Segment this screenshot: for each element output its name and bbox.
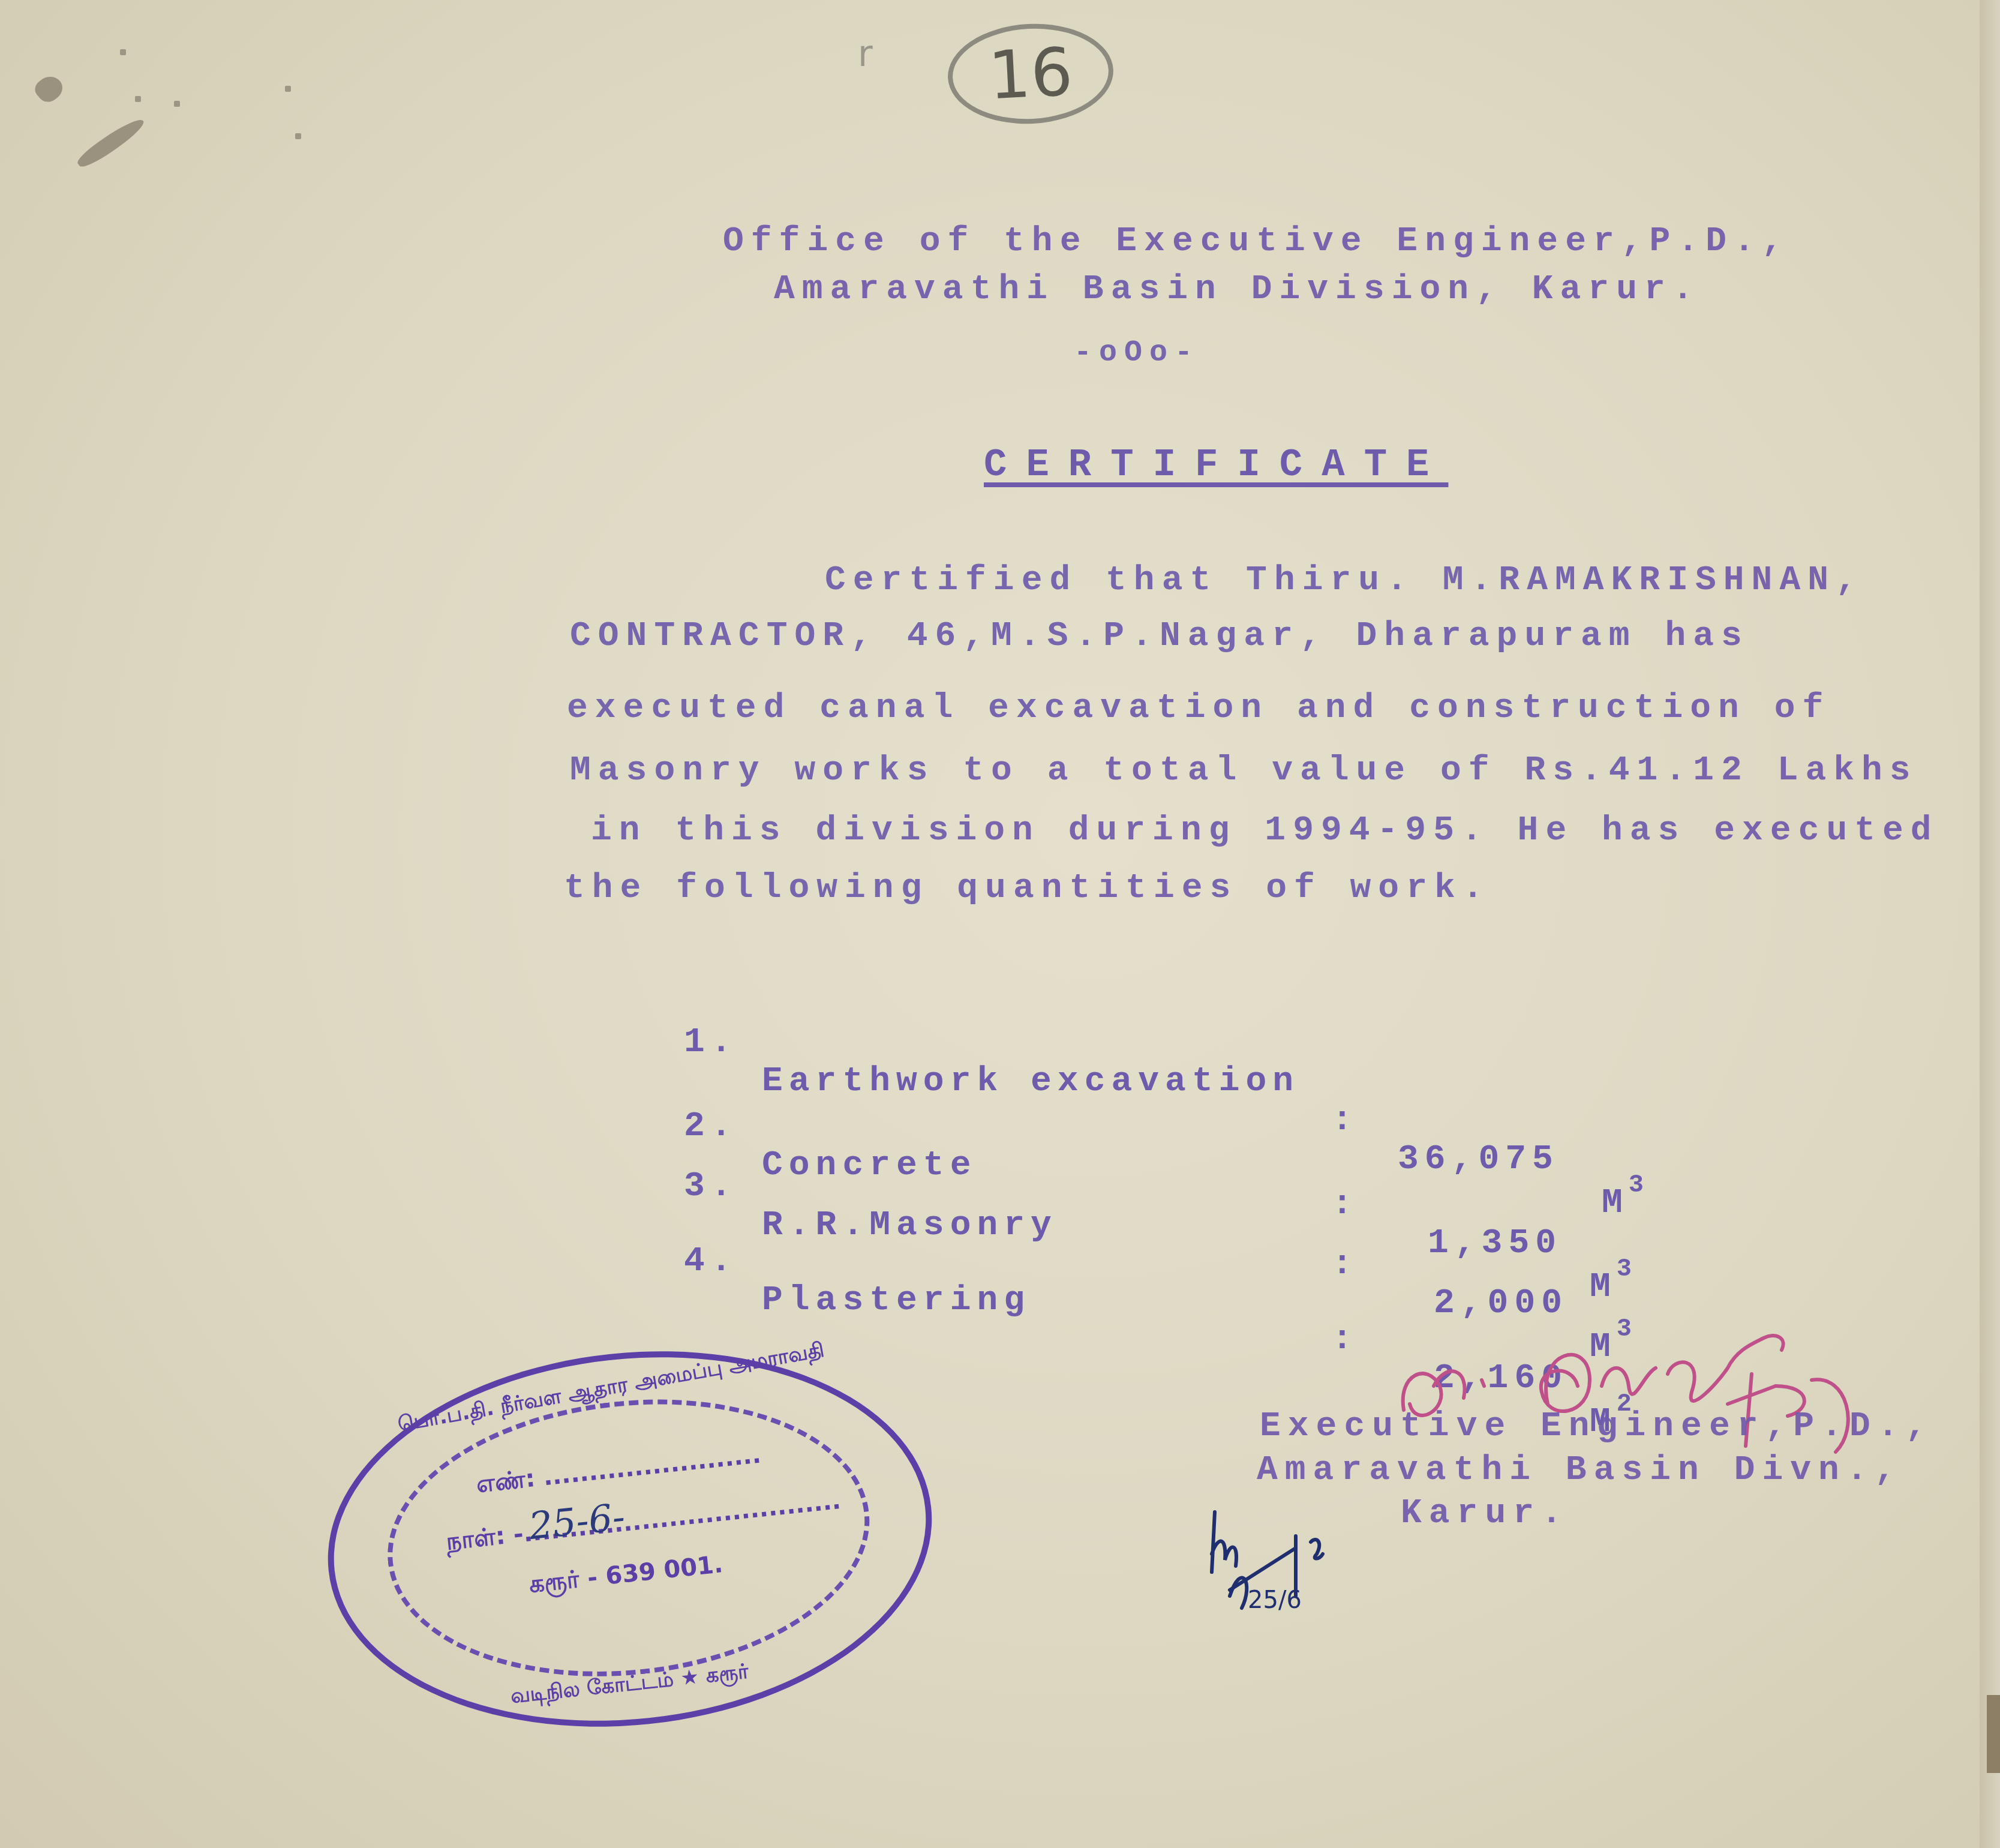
item-colon: : <box>1332 1185 1359 1224</box>
item-unit: M3 <box>1590 1263 1638 1307</box>
item-unit: M3 <box>1602 1179 1650 1223</box>
svg-text:25/6: 25/6 <box>1248 1586 1302 1614</box>
item-value: 36,075 <box>1398 1140 1559 1179</box>
signatory-city: Karur. <box>1401 1494 1569 1533</box>
item-colon: : <box>1332 1320 1359 1359</box>
ink-smudge <box>74 114 147 172</box>
item-label: Concrete <box>762 1146 977 1185</box>
item-label: R.R.Masonry <box>762 1206 1058 1245</box>
item-value: 1,350 <box>1428 1224 1562 1263</box>
body-line-3: executed canal excavation and constructi… <box>567 689 1830 728</box>
item-number: 4. <box>684 1242 738 1281</box>
initials-with-date: 25/6 <box>1206 1500 1350 1620</box>
binder-tab <box>1987 1695 2000 1773</box>
office-seal-stamp: பொ.ப.தி. நீர்வள ஆதார அமைப்பு அமராவதி வடி… <box>309 1322 950 1756</box>
body-line-2: CONTRACTOR, 46,M.S.P.Nagar, Dharapuram h… <box>570 617 1749 656</box>
item-number: 3. <box>684 1167 738 1206</box>
header-separator: -oOo- <box>1074 336 1200 370</box>
body-line-1: Certified that Thiru. M.RAMAKRISHNAN, <box>825 561 1864 600</box>
item-label: Plastering <box>762 1281 1031 1320</box>
speck <box>295 133 301 139</box>
ink-smudge <box>31 71 67 107</box>
header-division-line: Amaravathi Basin Division, Karur. <box>774 270 1701 309</box>
speck <box>120 49 126 55</box>
item-colon: : <box>1332 1245 1359 1284</box>
speck <box>135 96 141 102</box>
signatory-title: Executive Engineer,P.D., <box>1260 1407 1933 1446</box>
speck <box>174 101 180 107</box>
page-edge <box>1980 0 2000 1848</box>
item-label: Earthwork excavation <box>762 1062 1299 1101</box>
speck <box>285 86 291 92</box>
pencil-tick-mark: r <box>858 33 873 75</box>
certificate-title: CERTIFICATE <box>984 444 1448 487</box>
item-number: 1. <box>684 1023 738 1062</box>
body-line-5: in this division during 1994-95. He has … <box>591 811 1939 850</box>
page-number-circled: 16 <box>945 20 1116 128</box>
header-office-line: Office of the Executive Engineer,P.D., <box>723 222 1790 261</box>
signatory-division: Amaravathi Basin Divn., <box>1257 1451 1903 1490</box>
document-page: r 16 Office of the Executive Engineer,P.… <box>0 0 1980 1848</box>
body-line-4: Masonry works to a total value of Rs.41.… <box>570 751 1918 790</box>
item-colon: : <box>1332 1101 1359 1140</box>
body-line-6: the following quantities of work. <box>564 869 1491 908</box>
